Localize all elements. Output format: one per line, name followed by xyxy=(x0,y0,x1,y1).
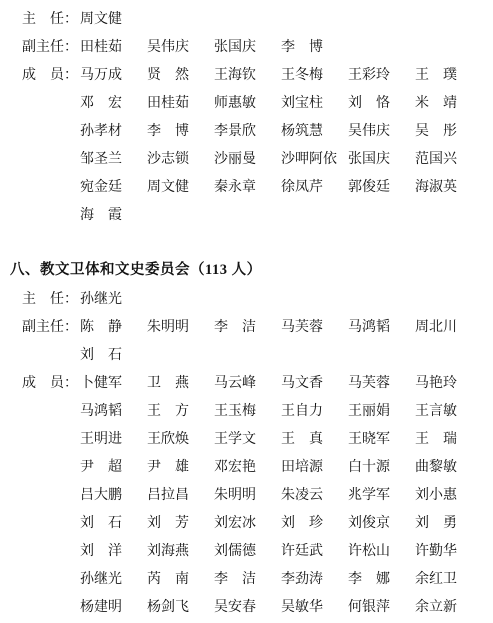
member-name: 邹圣兰 xyxy=(80,146,147,174)
section-heading: 八、教文卫体和文史委员会（113 人） xyxy=(10,256,493,284)
name-rows: 周文健 xyxy=(80,6,493,34)
member-name: 海 霞 xyxy=(80,202,147,230)
member-name: 孙孝材 xyxy=(80,118,147,146)
member-name: 白十源 xyxy=(348,454,415,482)
member-name: 王 瑞 xyxy=(415,426,482,454)
member-name: 张国庆 xyxy=(214,34,281,62)
name-rows: 陈 静朱明明李 洁马芙蓉马鸿韬周北川刘 石 xyxy=(80,314,493,370)
role-label: 副主任： xyxy=(22,314,80,342)
member-name: 王玉梅 xyxy=(214,398,281,426)
member-name: 李劲涛 xyxy=(281,566,348,594)
member-row: 刘 石刘 芳刘宏冰刘 珍刘俊京刘 勇 xyxy=(80,510,493,538)
member-name: 王明进 xyxy=(80,426,147,454)
member-name: 李 洁 xyxy=(214,314,281,342)
member-name: 杨筑慧 xyxy=(281,118,348,146)
member-name: 刘 勇 xyxy=(415,510,482,538)
member-name: 王丽娟 xyxy=(348,398,415,426)
member-row: 马鸿韬王 方王玉梅王自力王丽娟王言敏 xyxy=(80,398,493,426)
role-group: 主 任：周文健 xyxy=(0,6,493,34)
member-name: 田培源 xyxy=(281,454,348,482)
member-row: 刘 洋刘海燕刘儒德许廷武许松山许勤华 xyxy=(80,538,493,566)
member-name: 尹 雄 xyxy=(147,454,214,482)
name-rows: 田桂茹吴伟庆张国庆李 博 xyxy=(80,34,493,62)
member-row: 杨建明杨剑飞吴安春吴敏华何银萍余立新 xyxy=(80,594,493,622)
member-row: 邓 宏田桂茹师惠敏刘宝柱刘 恪米 靖 xyxy=(80,90,493,118)
member-name: 朱明明 xyxy=(214,482,281,510)
member-row: 周文健 xyxy=(80,6,493,34)
member-name: 王冬梅 xyxy=(281,62,348,90)
document-page: 主 任：周文健副主任：田桂茹吴伟庆张国庆李 博成 员：马万成贤 然王海钦王冬梅王… xyxy=(0,0,493,623)
member-name: 王欣焕 xyxy=(147,426,214,454)
role-group: 成 员：卜健军卫 燕马云峰马文香马芙蓉马艳玲马鸿韬王 方王玉梅王自力王丽娟王言敏… xyxy=(0,370,493,622)
member-name: 刘宝柱 xyxy=(281,90,348,118)
member-name: 马文香 xyxy=(281,370,348,398)
role-label: 副主任： xyxy=(22,34,80,62)
member-row: 孙继光芮 南李 洁李劲涛李 娜余红卫 xyxy=(80,566,493,594)
member-name: 王 真 xyxy=(281,426,348,454)
member-name: 刘俊京 xyxy=(348,510,415,538)
role-label: 成 员： xyxy=(22,62,80,90)
member-name: 王学文 xyxy=(214,426,281,454)
member-name: 马云峰 xyxy=(214,370,281,398)
member-name: 王 方 xyxy=(147,398,214,426)
member-name: 朱凌云 xyxy=(281,482,348,510)
member-name: 马芙蓉 xyxy=(281,314,348,342)
member-row: 王明进王欣焕王学文王 真王晓军王 瑞 xyxy=(80,426,493,454)
member-name: 邓宏艳 xyxy=(214,454,281,482)
member-name: 沙志锁 xyxy=(147,146,214,174)
member-name: 陈 静 xyxy=(80,314,147,342)
member-name: 田桂茹 xyxy=(80,34,147,62)
role-label: 主 任： xyxy=(22,286,80,314)
member-name: 吴伟庆 xyxy=(348,118,415,146)
member-name: 刘 洋 xyxy=(80,538,147,566)
member-name: 吕大鹏 xyxy=(80,482,147,510)
member-row: 卜健军卫 燕马云峰马文香马芙蓉马艳玲 xyxy=(80,370,493,398)
member-name: 刘 珍 xyxy=(281,510,348,538)
member-name: 海淑英 xyxy=(415,174,482,202)
member-name: 马万成 xyxy=(80,62,147,90)
member-name: 沙呷阿依 xyxy=(281,146,348,174)
member-row: 孙孝材李 博李景欣杨筑慧吴伟庆吴 彤 xyxy=(80,118,493,146)
role-label: 成 员： xyxy=(22,370,80,398)
member-row: 宛金廷周文健秦永章徐凤芹郭俊廷海淑英 xyxy=(80,174,493,202)
member-row: 田桂茹吴伟庆张国庆李 博 xyxy=(80,34,493,62)
member-row: 海 霞 xyxy=(80,202,493,230)
member-name: 张国庆 xyxy=(348,146,415,174)
member-name: 王海钦 xyxy=(214,62,281,90)
member-name: 王自力 xyxy=(281,398,348,426)
member-name: 芮 南 xyxy=(147,566,214,594)
member-name: 刘 石 xyxy=(80,510,147,538)
member-name: 卫 燕 xyxy=(147,370,214,398)
role-group: 主 任：孙继光 xyxy=(0,286,493,314)
member-name: 师惠敏 xyxy=(214,90,281,118)
member-name: 徐凤芹 xyxy=(281,174,348,202)
committee-section: 八、教文卫体和文史委员会（113 人）主 任：孙继光副主任：陈 静朱明明李 洁马… xyxy=(0,256,493,622)
member-row: 刘 石 xyxy=(80,342,493,370)
member-name: 余立新 xyxy=(415,594,482,622)
member-name: 刘宏冰 xyxy=(214,510,281,538)
member-name: 刘 恪 xyxy=(348,90,415,118)
member-name: 孙继光 xyxy=(80,566,147,594)
member-name: 马鸿韬 xyxy=(80,398,147,426)
member-row: 邹圣兰沙志锁沙丽曼沙呷阿依张国庆范国兴 xyxy=(80,146,493,174)
member-name: 周北川 xyxy=(415,314,482,342)
member-name: 秦永章 xyxy=(214,174,281,202)
role-label: 主 任： xyxy=(22,6,80,34)
member-name: 朱明明 xyxy=(147,314,214,342)
member-name: 周文健 xyxy=(147,174,214,202)
member-name: 李景欣 xyxy=(214,118,281,146)
member-name: 许廷武 xyxy=(281,538,348,566)
member-name: 吴 彤 xyxy=(415,118,482,146)
member-name: 李 博 xyxy=(147,118,214,146)
member-name: 刘 石 xyxy=(80,342,147,370)
member-name: 吴伟庆 xyxy=(147,34,214,62)
member-name: 李 博 xyxy=(281,34,348,62)
member-name: 范国兴 xyxy=(415,146,482,174)
member-name: 吕拉昌 xyxy=(147,482,214,510)
member-name: 田桂茹 xyxy=(147,90,214,118)
committee-section: 主 任：周文健副主任：田桂茹吴伟庆张国庆李 博成 员：马万成贤 然王海钦王冬梅王… xyxy=(0,6,493,230)
member-name: 王 璞 xyxy=(415,62,482,90)
member-name: 杨剑飞 xyxy=(147,594,214,622)
member-name: 宛金廷 xyxy=(80,174,147,202)
member-row: 陈 静朱明明李 洁马芙蓉马鸿韬周北川 xyxy=(80,314,493,342)
member-name: 米 靖 xyxy=(415,90,482,118)
member-name: 兆学军 xyxy=(348,482,415,510)
member-name: 马芙蓉 xyxy=(348,370,415,398)
member-name: 王言敏 xyxy=(415,398,482,426)
name-rows: 卜健军卫 燕马云峰马文香马芙蓉马艳玲马鸿韬王 方王玉梅王自力王丽娟王言敏王明进王… xyxy=(80,370,493,622)
member-name: 杨建明 xyxy=(80,594,147,622)
member-row: 尹 超尹 雄邓宏艳田培源白十源曲黎敏 xyxy=(80,454,493,482)
member-row: 吕大鹏吕拉昌朱明明朱凌云兆学军刘小惠 xyxy=(80,482,493,510)
role-group: 副主任：陈 静朱明明李 洁马芙蓉马鸿韬周北川刘 石 xyxy=(0,314,493,370)
member-name: 沙丽曼 xyxy=(214,146,281,174)
member-name: 马艳玲 xyxy=(415,370,482,398)
name-rows: 孙继光 xyxy=(80,286,493,314)
member-name: 许勤华 xyxy=(415,538,482,566)
name-rows: 马万成贤 然王海钦王冬梅王彩玲王 璞邓 宏田桂茹师惠敏刘宝柱刘 恪米 靖孙孝材李… xyxy=(80,62,493,230)
role-group: 成 员：马万成贤 然王海钦王冬梅王彩玲王 璞邓 宏田桂茹师惠敏刘宝柱刘 恪米 靖… xyxy=(0,62,493,230)
member-name: 邓 宏 xyxy=(80,90,147,118)
member-name: 余红卫 xyxy=(415,566,482,594)
member-name: 吴安春 xyxy=(214,594,281,622)
member-name: 刘小惠 xyxy=(415,482,482,510)
member-row: 孙继光 xyxy=(80,286,493,314)
member-name: 周文健 xyxy=(80,6,147,34)
member-row: 马万成贤 然王海钦王冬梅王彩玲王 璞 xyxy=(80,62,493,90)
member-name: 刘海燕 xyxy=(147,538,214,566)
member-name: 郭俊廷 xyxy=(348,174,415,202)
member-name: 李 娜 xyxy=(348,566,415,594)
member-name: 尹 超 xyxy=(80,454,147,482)
member-name: 王彩玲 xyxy=(348,62,415,90)
member-name: 何银萍 xyxy=(348,594,415,622)
role-group: 副主任：田桂茹吴伟庆张国庆李 博 xyxy=(0,34,493,62)
member-name: 许松山 xyxy=(348,538,415,566)
member-name: 刘儒德 xyxy=(214,538,281,566)
member-name: 刘 芳 xyxy=(147,510,214,538)
member-name: 卜健军 xyxy=(80,370,147,398)
member-name: 王晓军 xyxy=(348,426,415,454)
member-name: 吴敏华 xyxy=(281,594,348,622)
member-name: 李 洁 xyxy=(214,566,281,594)
member-name: 孙继光 xyxy=(80,286,147,314)
member-name: 曲黎敏 xyxy=(415,454,482,482)
member-name: 马鸿韬 xyxy=(348,314,415,342)
member-name: 贤 然 xyxy=(147,62,214,90)
